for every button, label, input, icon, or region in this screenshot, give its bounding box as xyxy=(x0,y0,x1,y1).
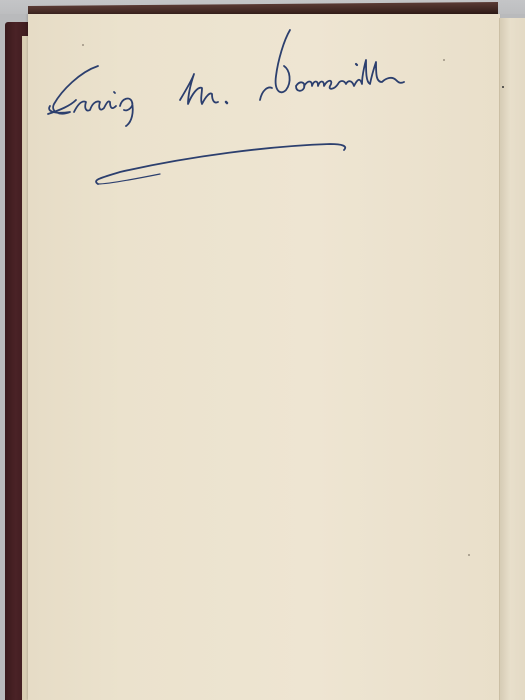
page-edge-right xyxy=(499,18,525,700)
book-photo: Craig M. Somerville xyxy=(0,0,525,700)
signature-ink xyxy=(40,20,420,200)
paper-speck xyxy=(502,86,504,88)
paper-speck xyxy=(443,59,445,61)
handwritten-signature: Craig M. Somerville xyxy=(40,20,420,200)
paper-speck xyxy=(468,554,470,556)
